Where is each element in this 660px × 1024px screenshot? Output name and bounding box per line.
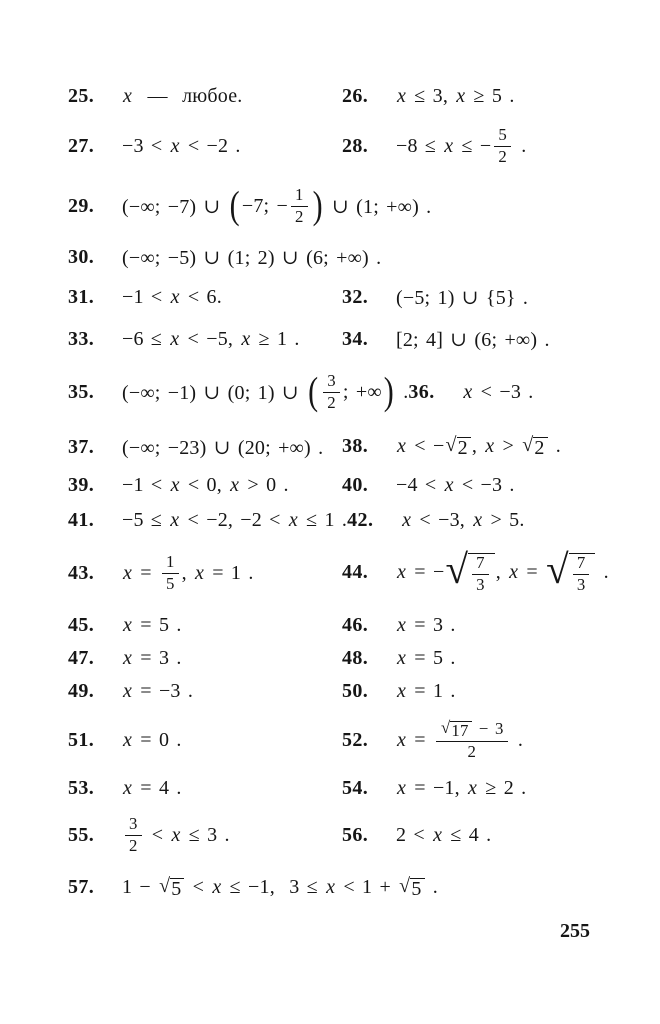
- item-expression: [2; 4] ∪ (6; +∞) .: [396, 327, 550, 352]
- answer-row: 35. (−∞; −1) ∪ (0; 1) ∪ (32; +∞) . 36. x…: [68, 356, 660, 428]
- item-expression: x ≤ 3, x ≥ 5 .: [396, 85, 515, 108]
- item-number: 53.: [68, 777, 122, 800]
- answer-item-38: 38. x < −√2, x > √2 .: [342, 435, 660, 460]
- answer-row: 30. (−∞; −5) ∪ (1; 2) ∪ (6; +∞) .: [68, 242, 660, 272]
- item-expression: −5 ≤ x < −2, −2 < x ≤ 1 .: [122, 509, 347, 532]
- item-number: 29.: [68, 195, 122, 218]
- answer-item-26: 26. x ≤ 3, x ≥ 5 .: [342, 85, 660, 108]
- answer-item-35: 35. (−∞; −1) ∪ (0; 1) ∪ (32; +∞) .: [68, 372, 408, 413]
- item-number: 51.: [68, 729, 122, 752]
- answer-item-27: 27. −3 < x < −2 .: [68, 135, 342, 158]
- item-number: 43.: [68, 562, 122, 585]
- answer-row: 47. x = 3 . 48. x = 5 .: [68, 640, 660, 676]
- answer-item-42: 42. x < −3, x > 5.: [347, 509, 660, 532]
- answer-item-44: 44. x = −√73, x = √73 .: [342, 551, 660, 595]
- answer-row: 53. x = 4 . 54. x = −1, x ≥ 2 .: [68, 774, 660, 802]
- item-number: 49.: [68, 680, 122, 703]
- answer-item-52: 52. x = √17 − 32 .: [342, 719, 660, 762]
- item-expression: x = −√73, x = √73 .: [396, 551, 609, 595]
- item-expression: x = √17 − 32 .: [396, 719, 523, 762]
- item-number: 31.: [68, 286, 122, 309]
- answer-item-36: 36. x < −3 .: [408, 381, 660, 404]
- item-number: 36.: [408, 381, 462, 404]
- item-expression: (−5; 1) ∪ {5} .: [396, 285, 528, 310]
- item-expression: −1 < x < 0, x > 0 .: [122, 474, 289, 497]
- item-expression: x — любое.: [122, 85, 243, 108]
- answer-row: 55. 32 < x ≤ 3 . 56. 2 < x ≤ 4 .: [68, 802, 660, 868]
- item-number: 56.: [342, 824, 396, 847]
- answer-row: 43. x = 15, x = 1 . 44. x = −√73, x = √7…: [68, 536, 660, 610]
- answer-row: 33. −6 ≤ x < −5, x ≥ 1 . 34. [2; 4] ∪ (6…: [68, 322, 660, 356]
- item-expression: 2 < x ≤ 4 .: [396, 824, 491, 847]
- answer-row: 27. −3 < x < −2 . 28. −8 ≤ x ≤ −52 .: [68, 122, 660, 170]
- item-number: 39.: [68, 474, 122, 497]
- item-expression: x = −1, x ≥ 2 .: [396, 777, 526, 800]
- answer-row: 45. x = 5 . 46. x = 3 .: [68, 610, 660, 640]
- answer-item-25: 25. x — любое.: [68, 85, 342, 108]
- item-expression: (−∞; −1) ∪ (0; 1) ∪ (32; +∞) .: [122, 372, 408, 413]
- answer-row: 41. −5 ≤ x < −2, −2 < x ≤ 1 . 42. x < −3…: [68, 504, 660, 536]
- item-number: 26.: [342, 85, 396, 108]
- item-number: 40.: [342, 474, 396, 497]
- item-number: 55.: [68, 824, 122, 847]
- item-number: 25.: [68, 85, 122, 108]
- item-expression: x = 3 .: [122, 647, 182, 670]
- answer-row: 49. x = −3 . 50. x = 1 .: [68, 676, 660, 706]
- item-expression: −6 ≤ x < −5, x ≥ 1 .: [122, 328, 300, 351]
- answer-row: 29. (−∞; −7) ∪ (−7; −12) ∪ (1; +∞) .: [68, 170, 660, 242]
- item-expression: −3 < x < −2 .: [122, 135, 241, 158]
- item-number: 37.: [68, 436, 122, 459]
- answer-item-50: 50. x = 1 .: [342, 680, 660, 703]
- item-expression: 32 < x ≤ 3 .: [122, 815, 230, 856]
- item-number: 46.: [342, 614, 396, 637]
- answer-item-39: 39. −1 < x < 0, x > 0 .: [68, 474, 342, 497]
- item-number: 57.: [68, 876, 122, 899]
- item-number: 50.: [342, 680, 396, 703]
- answer-item-29: 29. (−∞; −7) ∪ (−7; −12) ∪ (1; +∞) .: [68, 186, 660, 227]
- item-expression: x < −3, x > 5.: [401, 509, 524, 532]
- answers-book-page: 25. x — любое. 26. x ≤ 3, x ≥ 5 . 27. −3…: [0, 0, 660, 1024]
- item-expression: x = 15, x = 1 .: [122, 553, 254, 594]
- item-expression: (−∞; −5) ∪ (1; 2) ∪ (6; +∞) .: [122, 245, 381, 270]
- answer-row: 57. 1 − √5 < x ≤ −1, 3 ≤ x < 1 + √5 .: [68, 868, 660, 908]
- item-number: 32.: [342, 286, 396, 309]
- answer-row: 51. x = 0 . 52. x = √17 − 32 .: [68, 706, 660, 774]
- item-number: 27.: [68, 135, 122, 158]
- answer-item-43: 43. x = 15, x = 1 .: [68, 553, 342, 594]
- item-expression: (−∞; −7) ∪ (−7; −12) ∪ (1; +∞) .: [122, 186, 431, 227]
- item-number: 54.: [342, 777, 396, 800]
- answer-row: 39. −1 < x < 0, x > 0 . 40. −4 < x < −3 …: [68, 466, 660, 504]
- item-expression: −4 < x < −3 .: [396, 474, 515, 497]
- item-expression: x = 5 .: [396, 647, 456, 670]
- answer-item-40: 40. −4 < x < −3 .: [342, 474, 660, 497]
- item-expression: x = 0 .: [122, 729, 182, 752]
- answer-item-31: 31. −1 < x < 6.: [68, 286, 342, 309]
- item-number: 28.: [342, 135, 396, 158]
- item-number: 33.: [68, 328, 122, 351]
- answer-item-48: 48. x = 5 .: [342, 647, 660, 670]
- item-expression: −8 ≤ x ≤ −52 .: [396, 126, 526, 167]
- answer-item-47: 47. x = 3 .: [68, 647, 342, 670]
- answer-row: 31. −1 < x < 6. 32. (−5; 1) ∪ {5} .: [68, 272, 660, 322]
- answer-item-45: 45. x = 5 .: [68, 614, 342, 637]
- answer-item-54: 54. x = −1, x ≥ 2 .: [342, 777, 660, 800]
- answer-item-57: 57. 1 − √5 < x ≤ −1, 3 ≤ x < 1 + √5 .: [68, 876, 660, 901]
- page-number: 255: [68, 920, 660, 943]
- item-number: 44.: [342, 561, 396, 584]
- answer-item-46: 46. x = 3 .: [342, 614, 660, 637]
- item-expression: (−∞; −23) ∪ (20; +∞) .: [122, 435, 323, 460]
- answer-item-51: 51. x = 0 .: [68, 729, 342, 752]
- item-expression: x < −√2, x > √2 .: [396, 435, 561, 460]
- answer-item-53: 53. x = 4 .: [68, 777, 342, 800]
- item-number: 30.: [68, 246, 122, 269]
- answer-row: 37. (−∞; −23) ∪ (20; +∞) . 38. x < −√2, …: [68, 428, 660, 466]
- item-number: 42.: [347, 509, 401, 532]
- item-number: 34.: [342, 328, 396, 351]
- item-number: 45.: [68, 614, 122, 637]
- answer-item-32: 32. (−5; 1) ∪ {5} .: [342, 285, 660, 310]
- item-number: 48.: [342, 647, 396, 670]
- item-expression: −1 < x < 6.: [122, 286, 222, 309]
- answer-item-37: 37. (−∞; −23) ∪ (20; +∞) .: [68, 435, 342, 460]
- item-expression: x = 4 .: [122, 777, 182, 800]
- answer-item-33: 33. −6 ≤ x < −5, x ≥ 1 .: [68, 328, 342, 351]
- answer-item-30: 30. (−∞; −5) ∪ (1; 2) ∪ (6; +∞) .: [68, 245, 660, 270]
- answer-item-55: 55. 32 < x ≤ 3 .: [68, 815, 342, 856]
- item-expression: x = 1 .: [396, 680, 456, 703]
- answer-item-34: 34. [2; 4] ∪ (6; +∞) .: [342, 327, 660, 352]
- answer-item-56: 56. 2 < x ≤ 4 .: [342, 824, 660, 847]
- item-number: 52.: [342, 729, 396, 752]
- item-number: 35.: [68, 381, 122, 404]
- item-expression: x = −3 .: [122, 680, 193, 703]
- answer-item-41: 41. −5 ≤ x < −2, −2 < x ≤ 1 .: [68, 509, 347, 532]
- item-expression: x = 5 .: [122, 614, 182, 637]
- item-number: 41.: [68, 509, 122, 532]
- item-expression: x = 3 .: [396, 614, 456, 637]
- item-expression: 1 − √5 < x ≤ −1, 3 ≤ x < 1 + √5 .: [122, 876, 438, 901]
- item-number: 38.: [342, 435, 396, 458]
- answer-item-49: 49. x = −3 .: [68, 680, 342, 703]
- item-number: 47.: [68, 647, 122, 670]
- answer-item-28: 28. −8 ≤ x ≤ −52 .: [342, 126, 660, 167]
- item-expression: x < −3 .: [462, 381, 533, 404]
- answer-row: 25. x — любое. 26. x ≤ 3, x ≥ 5 .: [68, 70, 660, 122]
